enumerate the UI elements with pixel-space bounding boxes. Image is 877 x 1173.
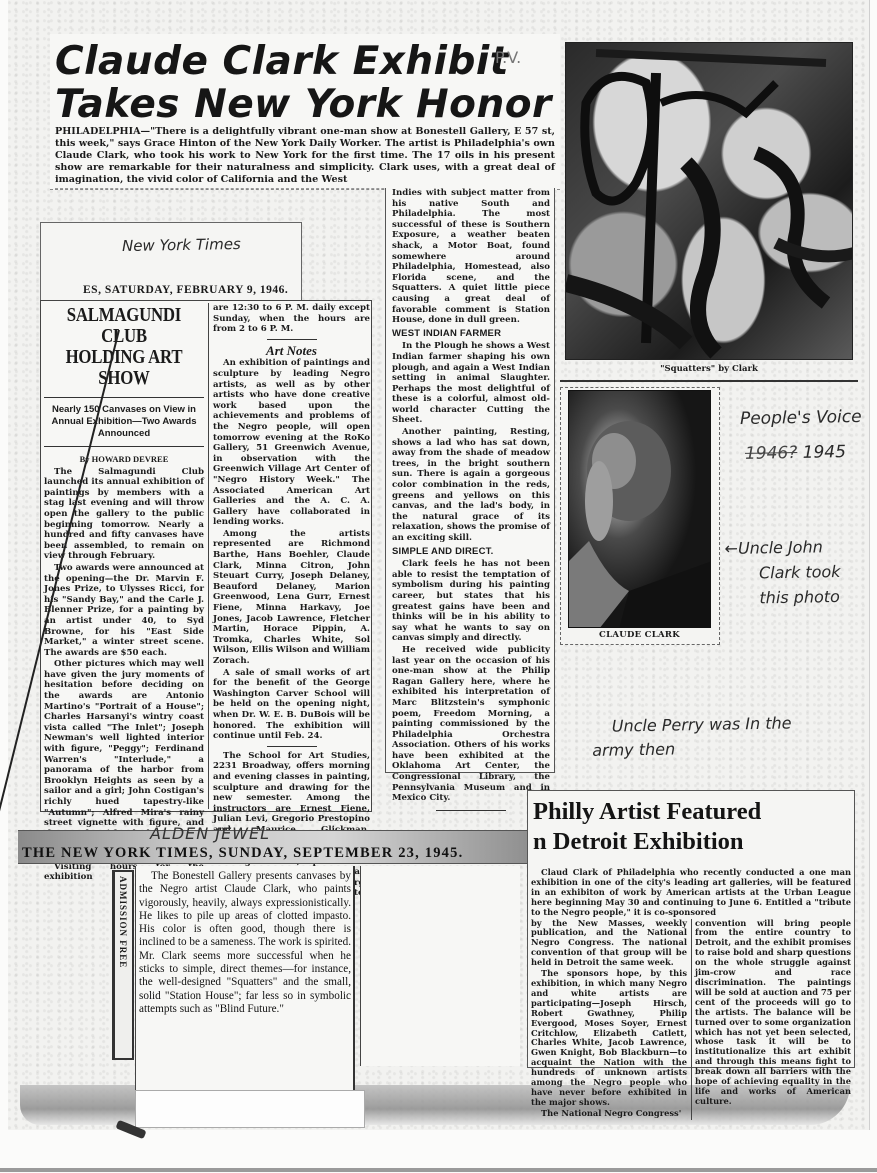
divider — [267, 339, 317, 340]
note-line: Uncle Perry was In the — [612, 711, 792, 738]
clip-headline: Claude Clark Exhibit Takes New York Hono… — [55, 40, 555, 126]
admission-free-label: ADMISSION FREE — [118, 876, 128, 968]
dateline: PHILADELPHIA — [55, 126, 141, 137]
paragraph: An exhibition of paintings and sculpture… — [213, 358, 370, 528]
underlying-clip-fragment — [135, 1090, 365, 1128]
struck-year: 1946? — [745, 443, 798, 464]
salmagundi-deck: Nearly 150 Canvases on View in Annual Ex… — [44, 397, 204, 447]
paragraph: Clark feels he has not been able to resi… — [392, 559, 550, 644]
salmagundi-column-1: SALMAGUNDI CLUB HOLDING ART SHOW Nearly … — [44, 305, 204, 884]
subhead-simple-and-direct: SIMPLE AND DIRECT. — [392, 547, 550, 558]
nyt-feb-dateline: ES, SATURDAY, FEBRUARY 9, 1946. — [83, 284, 288, 296]
portrait-face-icon — [569, 391, 711, 628]
salmagundi-column-2: are 12:30 to 6 P. M. daily except Sunday… — [208, 303, 370, 809]
paragraph: by the New Masses, weekly publication, a… — [531, 919, 687, 969]
headline-line-1: Claude Clark Exhibit — [55, 40, 555, 83]
art-notes-heading: Art Notes — [213, 346, 370, 357]
paragraph: The National Negro Congress' — [531, 1109, 687, 1119]
handwritten-alden-jewel: ALDEN JEWEL — [150, 824, 270, 843]
handwritten-pv-mark: P.V. — [495, 48, 521, 67]
arrow-left-icon: ← — [724, 539, 738, 558]
note-line: this photo — [725, 584, 841, 611]
divider — [436, 810, 506, 811]
headline-line: SALMAGUNDI CLUB — [44, 305, 204, 347]
salmagundi-headline: SALMAGUNDI CLUB HOLDING ART SHOW — [44, 305, 204, 389]
detroit-columns: by the New Masses, weekly publication, a… — [531, 919, 851, 1120]
detroit-body: Claud Clark of Philadelphia who recently… — [531, 868, 851, 1120]
paragraph: The Salmagundi Club launched its annual … — [44, 467, 204, 562]
paragraph: Among the artists represented are Richmo… — [213, 529, 370, 667]
paragraph: Two awards were announced at the opening… — [44, 563, 204, 658]
detroit-column-2: convention will bring people from the en… — [691, 919, 851, 1120]
handwritten-nyt-label: New York Times — [122, 235, 241, 255]
admission-free-sidebar: ADMISSION FREE — [112, 870, 134, 1060]
headline-line: Philly Artist Featured — [533, 797, 833, 827]
painting-strokes-icon — [566, 43, 853, 360]
paragraph: A sale of small works of art for the ben… — [213, 668, 370, 742]
paragraph: Indies with subject matter from his nati… — [392, 188, 550, 326]
handwritten-peoples-voice: People's Voice — [740, 407, 862, 429]
paragraph: convention will bring people from the en… — [695, 919, 851, 1107]
nyt-sept-dateline: THE NEW YORK TIMES, SUNDAY, SEPTEMBER 23… — [22, 845, 463, 862]
paragraph: The Bonestell Gallery presents canvases … — [139, 870, 351, 1016]
note-line: Uncle John — [738, 537, 823, 557]
headline-line-2: Takes New York Honor — [55, 83, 555, 126]
byline: By HOWARD DEVREE — [44, 454, 204, 465]
paragraph: He received wide publicity last year on … — [392, 645, 550, 804]
note-line: army then — [592, 735, 792, 762]
claude-clark-portrait-photo — [568, 390, 711, 628]
year: 1945 — [803, 442, 847, 463]
blank-clip-area — [360, 866, 520, 1066]
paragraph: In the Plough he shows a West Indian far… — [392, 341, 550, 426]
detroit-headline: Philly Artist Featured n Detroit Exhibit… — [533, 797, 833, 857]
subhead-west-indian-farmer: WEST INDIAN FARMER — [392, 329, 550, 340]
paragraph: are 12:30 to 6 P. M. daily except Sunday… — [213, 303, 370, 335]
paragraph: Claud Clark of Philadelphia who recently… — [531, 868, 851, 918]
scrapbook-page: Claude Clark Exhibit Takes New York Hono… — [0, 0, 877, 1173]
handwritten-photo-note: ←Uncle John Clark took this photo — [724, 534, 841, 611]
divider — [560, 380, 858, 382]
painting-caption: "Squatters" by Clark — [565, 364, 853, 374]
salmagundi-club-clip: SALMAGUNDI CLUB HOLDING ART SHOW Nearly … — [40, 300, 372, 812]
detroit-column-1: by the New Masses, weekly publication, a… — [531, 919, 687, 1120]
paragraph: Another painting, Resting, shows a lad w… — [392, 427, 550, 544]
note-line: Clark took — [725, 559, 841, 586]
paragraph: The sponsors hope, by this exhibition, i… — [531, 969, 687, 1108]
divider — [267, 746, 317, 747]
article-continuation-column: Indies with subject matter from his nati… — [385, 188, 555, 773]
page-edge — [0, 1168, 877, 1172]
portrait-caption: CLAUDE CLARK — [568, 630, 711, 640]
handwritten-uncle-perry-note: Uncle Perry was In the army then — [612, 711, 793, 762]
squatters-painting-image — [565, 42, 853, 360]
headline-line: n Detroit Exhibition — [533, 827, 833, 857]
bonestell-review-text: The Bonestell Gallery presents canvases … — [139, 870, 351, 1016]
handwritten-year: 1946? 1945 — [745, 442, 846, 464]
clip-lead-paragraph: PHILADELPHIA—"There is a delightfully vi… — [55, 126, 555, 189]
headline-line: HOLDING ART SHOW — [44, 347, 204, 389]
